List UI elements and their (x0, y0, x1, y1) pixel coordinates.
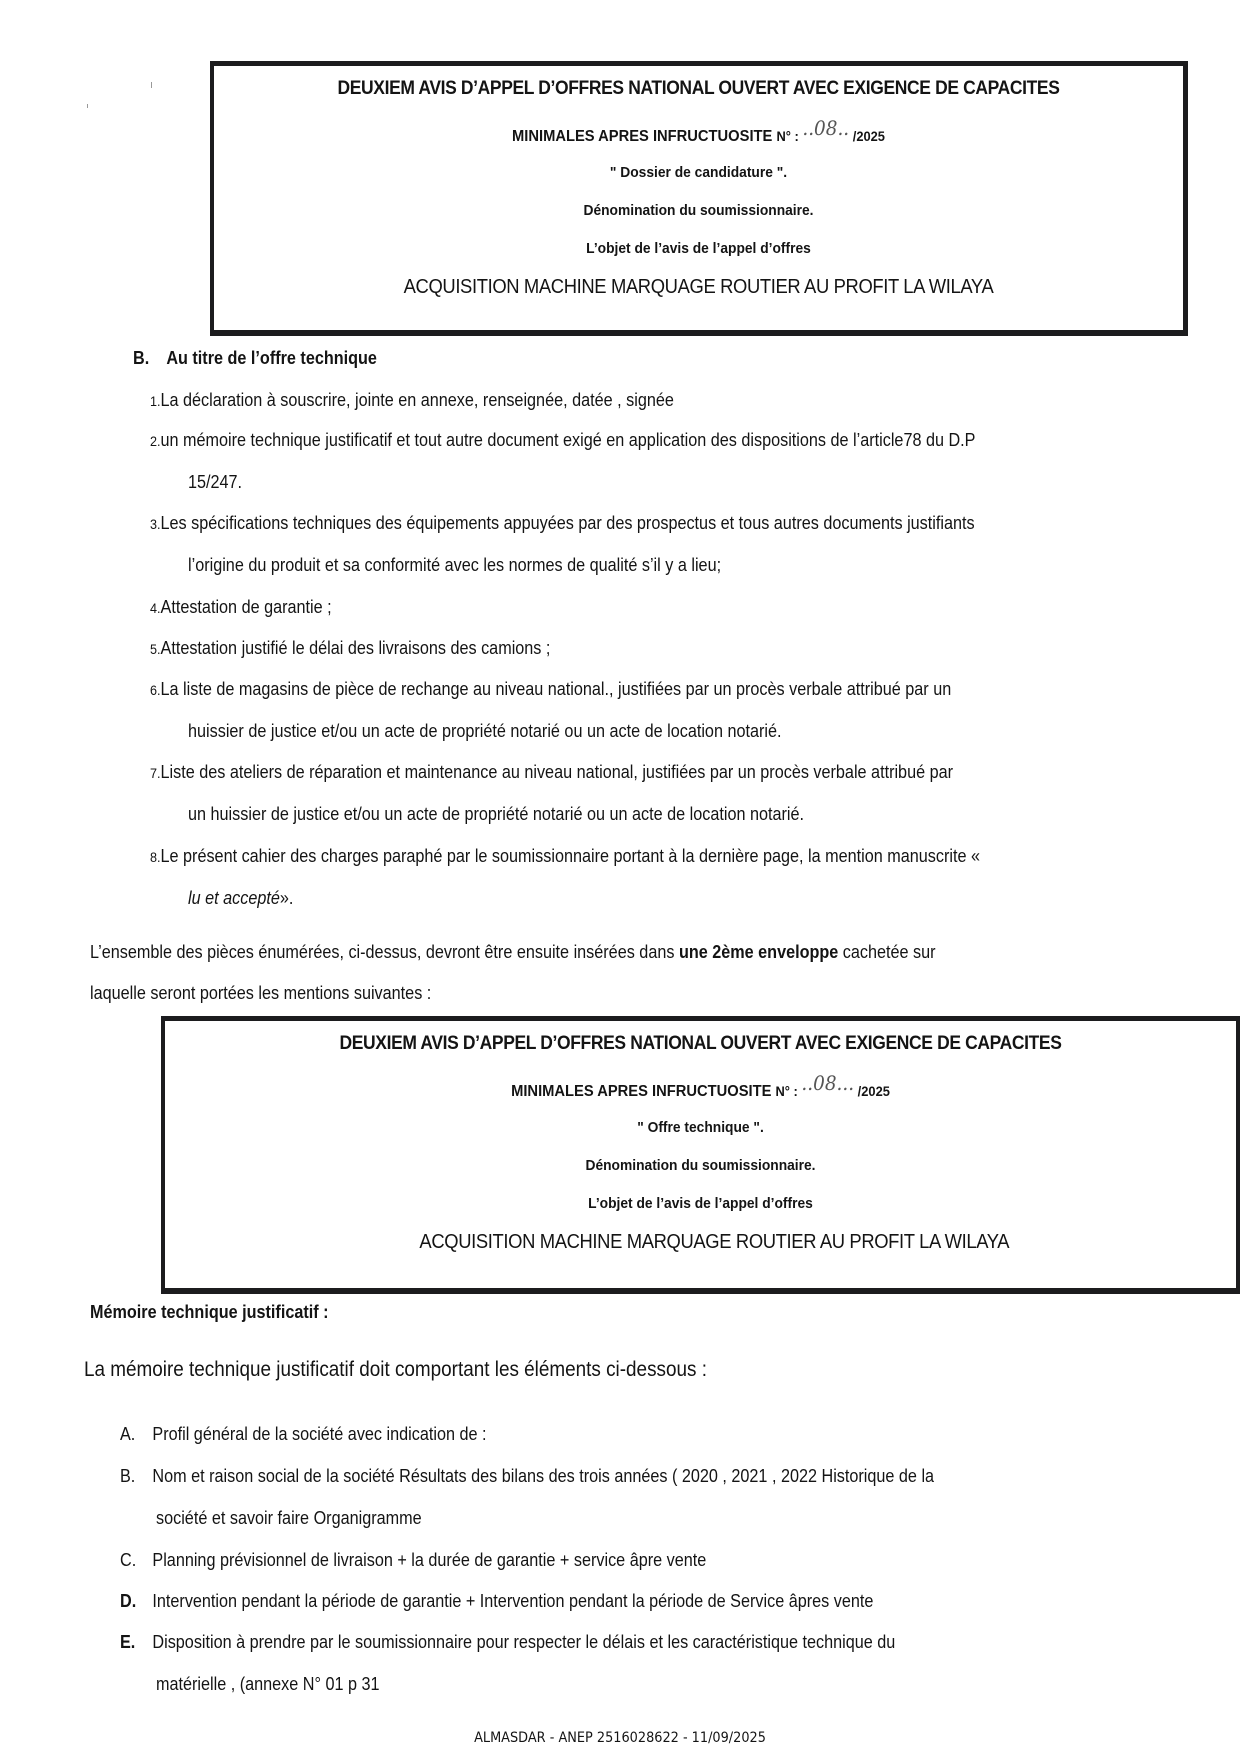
box-number-line: MINIMALES APRES INFRUCTUOSITE N° : ..08.… (253, 122, 1144, 146)
handwritten-number: ..08... (801, 1071, 854, 1095)
box-title-line: DEUXIEM AVIS D’APPEL D’OFFRES NATIONAL O… (208, 1033, 1193, 1055)
item-number: 4. (150, 600, 161, 616)
item-text: La déclaration à souscrire, jointe en an… (161, 390, 674, 410)
section-b-heading: B. Au titre de l’offre technique (133, 348, 377, 369)
item-text: Les spécifications techniques des équipe… (161, 513, 975, 533)
item-text: Attestation de garantie ; (161, 597, 332, 617)
item-number: 2. (150, 433, 161, 449)
box-number-prefix: MINIMALES APRES INFRUCTUOSITE (512, 128, 772, 145)
item-text: Intervention pendant la période de garan… (152, 1591, 873, 1611)
box-object-title: ACQUISITION MACHINE MARQUAGE ROUTIER AU … (253, 276, 1144, 299)
number-label: N° : (776, 1083, 802, 1099)
box-number-line: MINIMALES APRES INFRUCTUOSITE N° : ..08.… (208, 1077, 1193, 1101)
item-text: Profil général de la société avec indica… (152, 1424, 486, 1444)
box-title-line: DEUXIEM AVIS D’APPEL D’OFFRES NATIONAL O… (253, 78, 1144, 100)
offer-technical-item: 5.Attestation justifié le délai des livr… (150, 638, 550, 659)
item-number: 5. (150, 641, 161, 657)
box-dossier-type: " Dossier de candidature ". (253, 164, 1144, 181)
offer-technical-item: un huissier de justice et/ou un acte de … (188, 804, 804, 825)
item-text: un mémoire technique justificatif et tou… (161, 430, 976, 450)
item-marker: C. (120, 1550, 152, 1571)
section-b-title: Au titre de l’offre technique (166, 348, 377, 368)
item-text: La liste de magasins de pièce de rechang… (161, 679, 952, 699)
envelope-label-box-technical: DEUXIEM AVIS D’APPEL D’OFFRES NATIONAL O… (161, 1016, 1240, 1294)
item-text: l’origine du produit et sa conformité av… (188, 555, 721, 575)
footer-reference: ALMASDAR - ANEP 2516028622 - 11/09/2025 (50, 1730, 1191, 1746)
memoire-intro: La mémoire technique justificatif doit c… (84, 1358, 707, 1382)
memoire-item: B.Nom et raison social de la société Rés… (120, 1466, 934, 1487)
section-b-marker: B. (133, 348, 149, 368)
item-marker: D. (120, 1591, 152, 1612)
offer-technical-item: lu et accepté». (188, 888, 293, 909)
memoire-item: C.Planning prévisionnel de livraison + l… (120, 1550, 706, 1571)
offer-technical-item: 4.Attestation de garantie ; (150, 597, 332, 618)
handwritten-mention: lu et accepté (188, 888, 280, 908)
year-suffix: /2025 (854, 1083, 890, 1099)
offer-technical-item: 7.Liste des ateliers de réparation et ma… (150, 762, 953, 783)
item-marker: B. (120, 1466, 152, 1487)
item-marker: A. (120, 1424, 152, 1445)
item-text: 15/247. (188, 472, 242, 492)
memoire-item: A.Profil général de la société avec indi… (120, 1424, 487, 1445)
box-object-title: ACQUISITION MACHINE MARQUAGE ROUTIER AU … (208, 1231, 1193, 1254)
handwritten-number: ..08.. (802, 116, 849, 140)
item-text: huissier de justice et/ou un acte de pro… (188, 721, 781, 741)
scan-speck (151, 82, 152, 88)
box-bidder-name-line: Dénomination du soumissionnaire. (208, 1157, 1193, 1174)
item-text: matérielle , (annexe N° 01 p 31 (156, 1674, 380, 1694)
envelope-text: L’ensemble des pièces énumérées, ci-dess… (90, 942, 679, 962)
envelope-bold-text: une 2ème enveloppe (679, 942, 838, 962)
envelope-paragraph-line1: L’ensemble des pièces énumérées, ci-dess… (90, 942, 936, 963)
offer-technical-item: 15/247. (188, 472, 242, 493)
box-object-label: L’objet de l’avis de l’appel d’offres (208, 1195, 1193, 1212)
item-number: 1. (150, 393, 161, 409)
memoire-item: D.Intervention pendant la période de gar… (120, 1591, 873, 1612)
item-text: société et savoir faire Organigramme (156, 1508, 422, 1528)
offer-technical-item: 8.Le présent cahier des charges paraphé … (150, 846, 980, 867)
offer-technical-item: 2.un mémoire technique justificatif et t… (150, 430, 975, 451)
offer-technical-item: 6.La liste de magasins de pièce de recha… (150, 679, 951, 700)
item-text: Disposition à prendre par le soumissionn… (152, 1632, 895, 1652)
box-object-label: L’objet de l’avis de l’appel d’offres (253, 240, 1144, 257)
envelope-label-box-candidature: DEUXIEM AVIS D’APPEL D’OFFRES NATIONAL O… (210, 61, 1188, 336)
memoire-item: société et savoir faire Organigramme (156, 1508, 422, 1529)
year-suffix: /2025 (849, 128, 885, 144)
box-number-prefix: MINIMALES APRES INFRUCTUOSITE (511, 1083, 771, 1100)
offer-technical-item: 3.Les spécifications techniques des équi… (150, 513, 975, 534)
number-label: N° : (776, 128, 802, 144)
box-dossier-type: " Offre technique ". (208, 1119, 1193, 1136)
item-text: Attestation justifié le délai des livrai… (161, 638, 551, 658)
item-marker: E. (120, 1632, 152, 1653)
item-text: Le présent cahier des charges paraphé pa… (161, 846, 980, 866)
item-text: lu et accepté». (188, 888, 293, 908)
offer-technical-item: 1.La déclaration à souscrire, jointe en … (150, 390, 674, 411)
item-text: Planning prévisionnel de livraison + la … (152, 1550, 706, 1570)
scan-speck (87, 104, 88, 108)
item-number: 3. (150, 516, 161, 532)
memoire-item: matérielle , (annexe N° 01 p 31 (156, 1674, 380, 1695)
box-bidder-name-line: Dénomination du soumissionnaire. (253, 202, 1144, 219)
envelope-paragraph-line2: laquelle seront portées les mentions sui… (90, 983, 431, 1004)
item-text: Liste des ateliers de réparation et main… (161, 762, 953, 782)
offer-technical-item: l’origine du produit et sa conformité av… (188, 555, 721, 576)
item-number: 8. (150, 849, 161, 865)
item-number: 6. (150, 682, 161, 698)
item-text: un huissier de justice et/ou un acte de … (188, 804, 804, 824)
memoire-heading: Mémoire technique justificatif : (90, 1302, 329, 1323)
item-number: 7. (150, 765, 161, 781)
memoire-item: E.Disposition à prendre par le soumissio… (120, 1632, 895, 1653)
envelope-text-end: cachetée sur (838, 942, 935, 962)
item-text: Nom et raison social de la société Résul… (152, 1466, 934, 1486)
offer-technical-item: huissier de justice et/ou un acte de pro… (188, 721, 781, 742)
